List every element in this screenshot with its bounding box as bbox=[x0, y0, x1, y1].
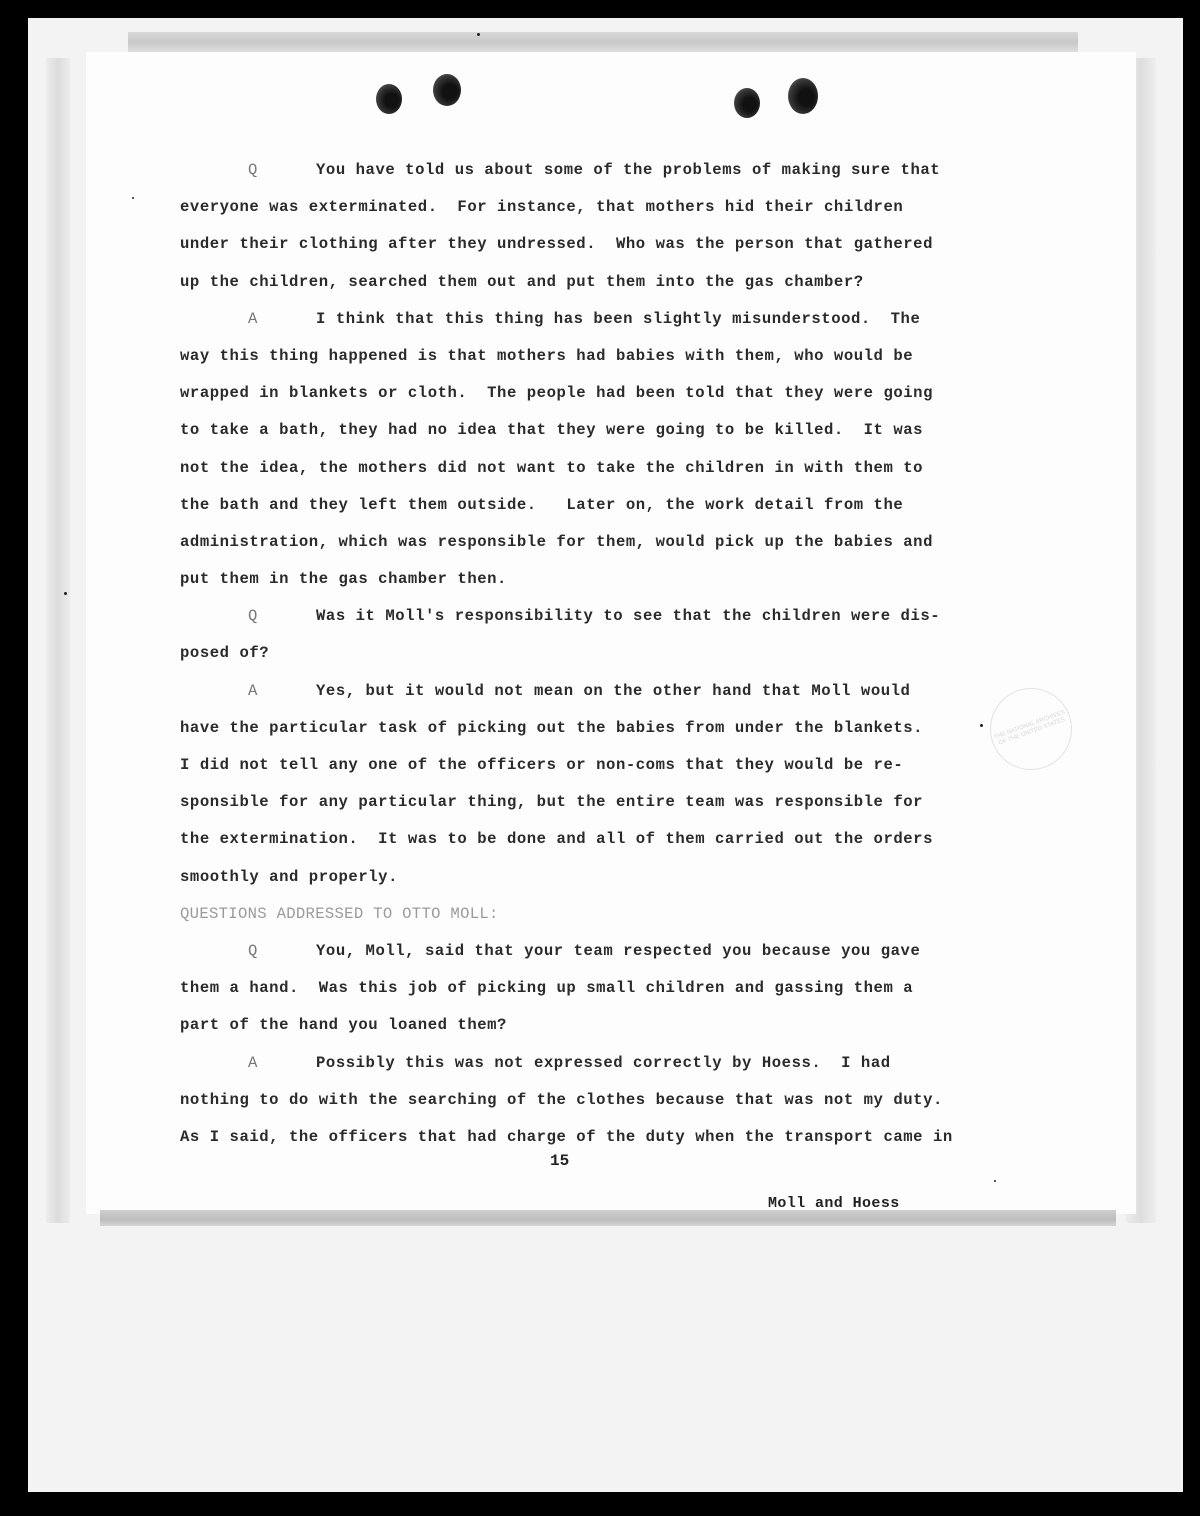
line-text: sponsible for any particular thing, but … bbox=[180, 793, 923, 811]
transcript-line: up the children, searched them out and p… bbox=[180, 264, 1020, 301]
line-text: nothing to do with the searching of the … bbox=[180, 1091, 943, 1109]
line-text: them a hand. Was this job of picking up … bbox=[180, 979, 913, 997]
ink-speck bbox=[477, 33, 480, 36]
line-text: have the particular task of picking out … bbox=[180, 719, 923, 737]
punch-hole-icon bbox=[433, 74, 461, 106]
question-marker: Q bbox=[180, 598, 316, 635]
punch-hole-icon bbox=[376, 84, 402, 114]
line-text: wrapped in blankets or cloth. The people… bbox=[180, 384, 933, 402]
qa-line-start: AI think that this thing has been slight… bbox=[180, 301, 1020, 338]
line-text: QUESTIONS ADDRESSED TO OTTO MOLL: bbox=[180, 905, 499, 923]
ink-speck bbox=[132, 197, 134, 199]
line-text: administration, which was responsible fo… bbox=[180, 533, 933, 551]
line-text: up the children, searched them out and p… bbox=[180, 273, 864, 291]
line-text: under their clothing after they undresse… bbox=[180, 235, 933, 253]
transcript-line: posed of? bbox=[180, 635, 1020, 672]
transcript-body: QYou have told us about some of the prob… bbox=[180, 152, 1020, 1156]
line-text: I did not tell any one of the officers o… bbox=[180, 756, 903, 774]
qa-line-start: QYou, Moll, said that your team respecte… bbox=[180, 933, 1020, 970]
line-text: Possibly this was not expressed correctl… bbox=[316, 1054, 891, 1072]
line-text: I think that this thing has been slightl… bbox=[316, 310, 920, 328]
transcript-line: sponsible for any particular thing, but … bbox=[180, 784, 1020, 821]
transcript-line: everyone was exterminated. For instance,… bbox=[180, 189, 1020, 226]
line-text: smoothly and properly. bbox=[180, 868, 398, 886]
line-text: You, Moll, said that your team respected… bbox=[316, 942, 920, 960]
question-marker: Q bbox=[180, 933, 316, 970]
line-text: the bath and they left them outside. Lat… bbox=[180, 496, 903, 514]
transcript-line: part of the hand you loaned them? bbox=[180, 1007, 1020, 1044]
qa-line-start: QYou have told us about some of the prob… bbox=[180, 152, 1020, 189]
transcript-line: to take a bath, they had no idea that th… bbox=[180, 412, 1020, 449]
qa-line-start: AYes, but it would not mean on the other… bbox=[180, 673, 1020, 710]
line-text: the extermination. It was to be done and… bbox=[180, 830, 933, 848]
transcript-line: wrapped in blankets or cloth. The people… bbox=[180, 375, 1020, 412]
ink-speck bbox=[994, 1180, 996, 1182]
scan-shadow-left bbox=[46, 58, 70, 1223]
section-heading: QUESTIONS ADDRESSED TO OTTO MOLL: bbox=[180, 896, 1020, 933]
qa-line-start: QWas it Moll's responsibility to see tha… bbox=[180, 598, 1020, 635]
line-text: Was it Moll's responsibility to see that… bbox=[316, 607, 940, 625]
line-text: way this thing happened is that mothers … bbox=[180, 347, 913, 365]
line-text: As I said, the officers that had charge … bbox=[180, 1128, 953, 1146]
transcript-line: them a hand. Was this job of picking up … bbox=[180, 970, 1020, 1007]
transcript-line: smoothly and properly. bbox=[180, 859, 1020, 896]
transcript-line: under their clothing after they undresse… bbox=[180, 226, 1020, 263]
transcript-line: nothing to do with the searching of the … bbox=[180, 1082, 1020, 1119]
footer-label: Moll and Hoess bbox=[768, 1195, 900, 1212]
scan-shadow-top bbox=[128, 32, 1078, 52]
line-text: put them in the gas chamber then. bbox=[180, 570, 507, 588]
line-text: part of the hand you loaned them? bbox=[180, 1016, 507, 1034]
line-text: You have told us about some of the probl… bbox=[316, 161, 940, 179]
transcript-line: the extermination. It was to be done and… bbox=[180, 821, 1020, 858]
transcript-line: way this thing happened is that mothers … bbox=[180, 338, 1020, 375]
transcript-line: administration, which was responsible fo… bbox=[180, 524, 1020, 561]
answer-marker: A bbox=[180, 1045, 316, 1082]
line-text: everyone was exterminated. For instance,… bbox=[180, 198, 903, 216]
line-text: not the idea, the mothers did not want t… bbox=[180, 459, 923, 477]
transcript-line: the bath and they left them outside. Lat… bbox=[180, 487, 1020, 524]
transcript-line: put them in the gas chamber then. bbox=[180, 561, 1020, 598]
answer-marker: A bbox=[180, 673, 316, 710]
question-marker: Q bbox=[180, 152, 316, 189]
page-number: 15 bbox=[550, 1152, 569, 1170]
scan-shadow-bottom bbox=[100, 1210, 1116, 1226]
punch-hole-icon bbox=[734, 88, 760, 118]
transcript-line: As I said, the officers that had charge … bbox=[180, 1119, 1020, 1156]
punch-hole-icon bbox=[788, 78, 818, 114]
transcript-line: not the idea, the mothers did not want t… bbox=[180, 450, 1020, 487]
line-text: Yes, but it would not mean on the other … bbox=[316, 682, 910, 700]
answer-marker: A bbox=[180, 301, 316, 338]
transcript-line: have the particular task of picking out … bbox=[180, 710, 1020, 747]
qa-line-start: APossibly this was not expressed correct… bbox=[180, 1045, 1020, 1082]
line-text: to take a bath, they had no idea that th… bbox=[180, 421, 923, 439]
ink-speck bbox=[64, 592, 67, 595]
line-text: posed of? bbox=[180, 644, 269, 662]
transcript-line: I did not tell any one of the officers o… bbox=[180, 747, 1020, 784]
